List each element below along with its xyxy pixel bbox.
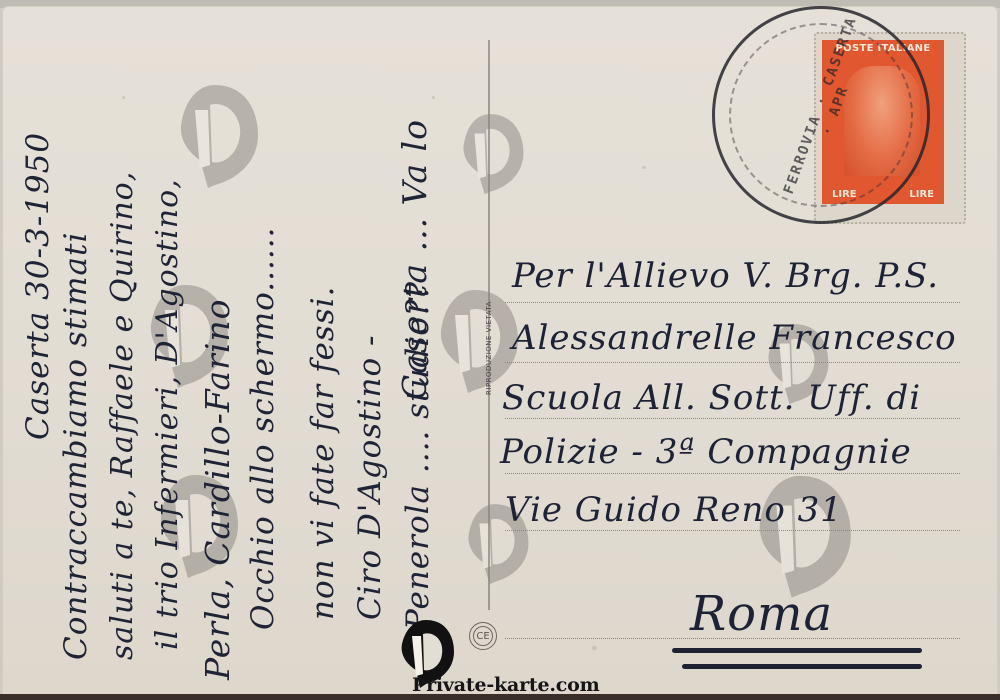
address-line-1: Per l'Allievo V. Brg. P.S. [512,256,939,296]
address-line-2: Alessandrelle Francesco [512,318,957,358]
address-rule [505,362,960,363]
message-line: Caserta 30-3-1950 [20,132,56,440]
site-watermark: Private-karte.com [412,674,600,696]
address-rule [505,530,960,531]
city-underline [682,664,922,669]
address-line-3: Scuola All. Sott. Uff. di [502,378,921,418]
address-line-5: Vie Guido Reno 31 [505,490,843,530]
reproduction-notice-text: RIPRODUZIONE VIETATA [485,301,493,395]
reproduction-notice: RIPRODUZIONE VIETATA [481,258,497,438]
message-line: Ciro D'Agostino - [352,335,388,620]
address-line-4: Polizie - 3ª Compagnie [500,432,912,472]
message-line: Perla, Cardillo-Farino [198,298,237,680]
message-line: Contraccambiamo stimati [58,232,94,660]
message-line: il trio Infermieri, D'Agostino, [150,178,185,650]
paper-speck [642,166,646,169]
handwritten-message: Caserta 30-3-1950 Contraccambiamo stimat… [0,0,480,700]
bottom-edge [0,694,1000,700]
address-rule [505,418,960,419]
address-city: Roma [690,586,833,642]
paper-speck [592,646,597,650]
stamp-value-right: LIRE [909,189,934,200]
address-rule [505,302,960,303]
message-line: Occhio allo schermo...... [245,227,281,630]
message-line: non vi fate far fessi. [305,286,341,620]
message-line: saluti a te, Raffaele e Quirino, [105,171,140,660]
city-underline [672,648,922,653]
address-rule [505,473,960,474]
message-line: Penerola .... studio?? [400,281,436,630]
